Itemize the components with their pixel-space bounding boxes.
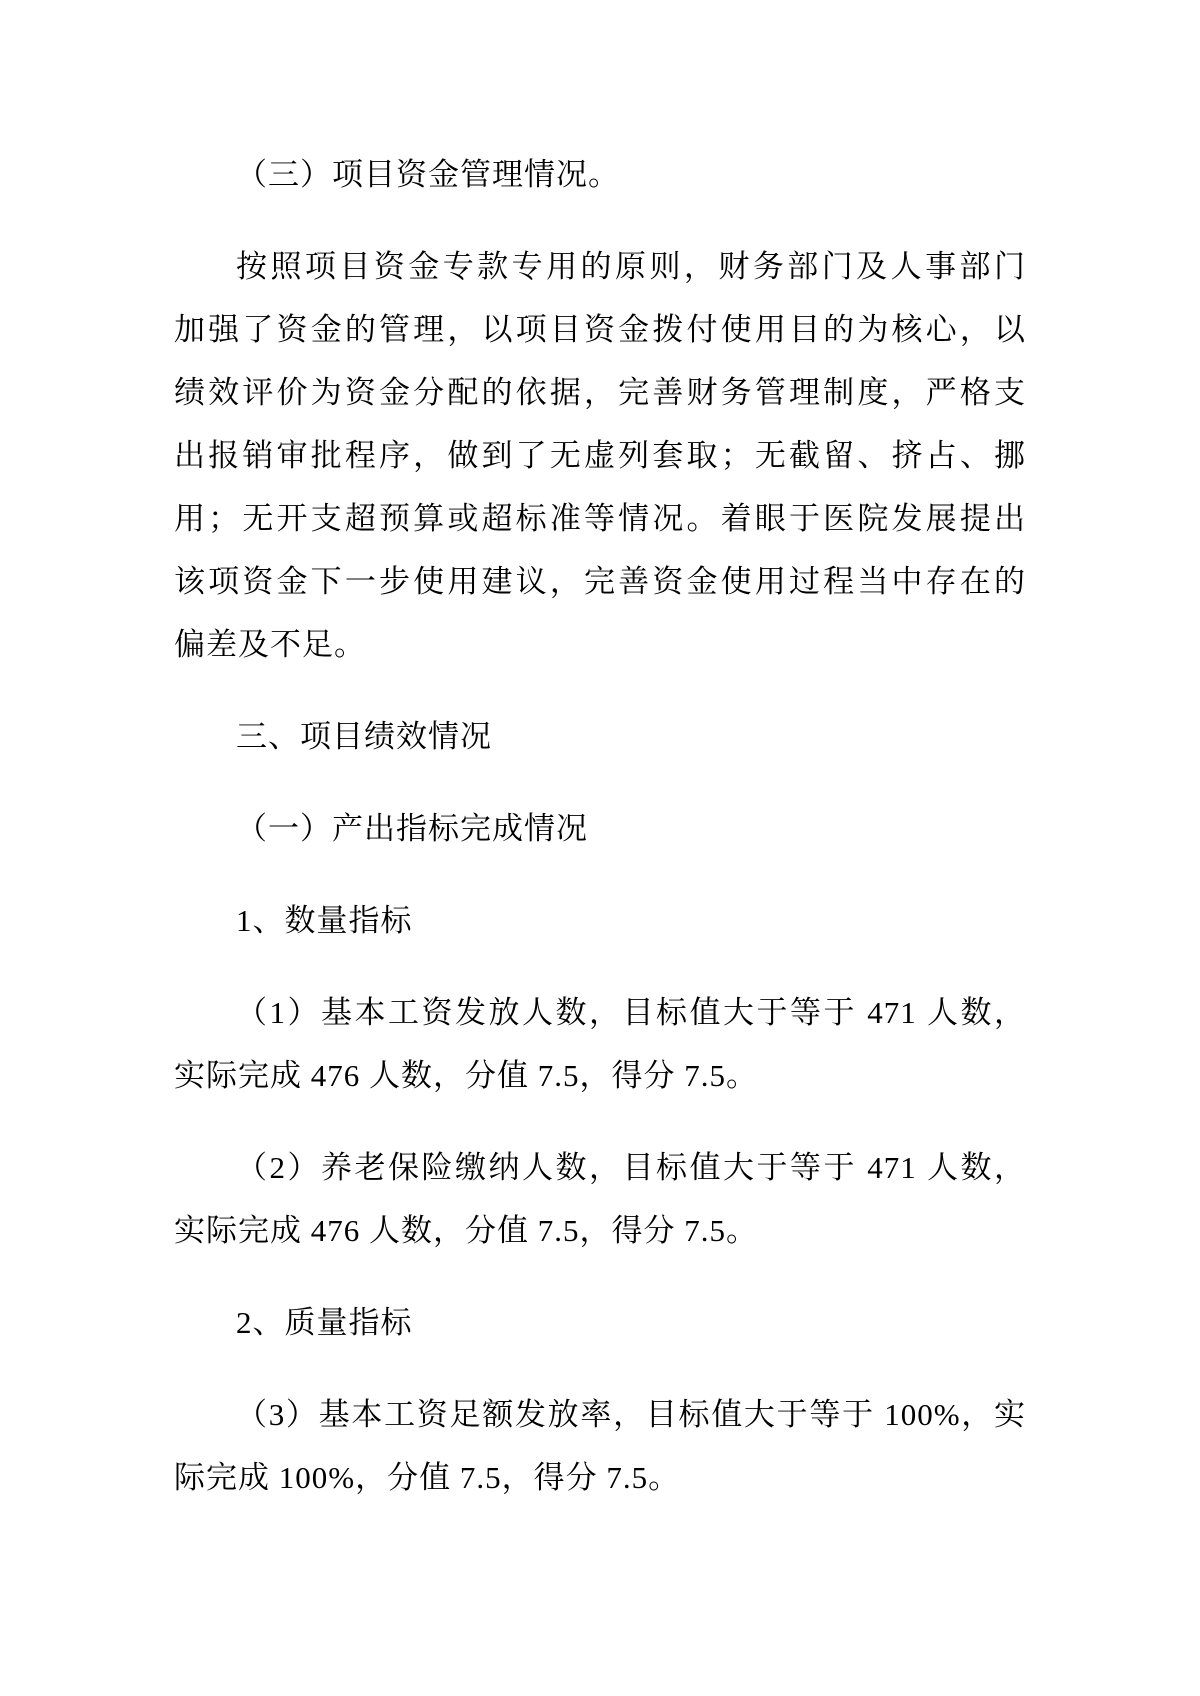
heading-line: 1、数量指标 — [174, 889, 1026, 952]
paragraph-line: 出报销审批程序，做到了无虚列套取；无截留、挤占、挪 — [174, 424, 1026, 487]
paragraph-line: 用；无开支超预算或超标准等情况。着眼于医院发展提出 — [174, 487, 1026, 550]
heading-line: 2、质量指标 — [174, 1291, 1026, 1354]
subsection-heading-output-indicators: （一）产出指标完成情况 — [174, 797, 1026, 860]
paragraph-line: 加强了资金的管理，以项目资金拨付使用目的为核心，以 — [174, 298, 1026, 361]
document-page: （三）项目资金管理情况。 按照项目资金专款专用的原则，财务部门及人事部门 加强了… — [0, 0, 1200, 1696]
paragraph-indicator-3: （3）基本工资足额发放率，目标值大于等于 100%，实 际完成 100%，分值 … — [174, 1383, 1026, 1509]
paragraph-line: 实际完成 476 人数，分值 7.5，得分 7.5。 — [174, 1044, 1026, 1107]
section-heading-fund-management: （三）项目资金管理情况。 — [174, 143, 1026, 206]
subheading-quantity-indicators: 1、数量指标 — [174, 889, 1026, 952]
paragraph-line: （2）养老保险缴纳人数，目标值大于等于 471 人数， — [174, 1136, 1026, 1199]
section-heading-performance: 三、项目绩效情况 — [174, 705, 1026, 768]
paragraph-line: 该项资金下一步使用建议，完善资金使用过程当中存在的 — [174, 550, 1026, 613]
paragraph-line: 实际完成 476 人数，分值 7.5，得分 7.5。 — [174, 1199, 1026, 1262]
paragraph-indicator-1: （1）基本工资发放人数，目标值大于等于 471 人数， 实际完成 476 人数，… — [174, 981, 1026, 1107]
paragraph-line: 按照项目资金专款专用的原则，财务部门及人事部门 — [174, 235, 1026, 298]
paragraph-line: 偏差及不足。 — [174, 613, 1026, 676]
paragraph-line: （3）基本工资足额发放率，目标值大于等于 100%，实 — [174, 1383, 1026, 1446]
subheading-quality-indicators: 2、质量指标 — [174, 1291, 1026, 1354]
heading-line: 三、项目绩效情况 — [174, 705, 1026, 768]
paragraph-indicator-2: （2）养老保险缴纳人数，目标值大于等于 471 人数， 实际完成 476 人数，… — [174, 1136, 1026, 1262]
paragraph-line: 绩效评价为资金分配的依据，完善财务管理制度，严格支 — [174, 361, 1026, 424]
paragraph-fund-management: 按照项目资金专款专用的原则，财务部门及人事部门 加强了资金的管理，以项目资金拨付… — [174, 235, 1026, 676]
paragraph-line: （1）基本工资发放人数，目标值大于等于 471 人数， — [174, 981, 1026, 1044]
paragraph-line: 际完成 100%，分值 7.5，得分 7.5。 — [174, 1446, 1026, 1509]
heading-line: （三）项目资金管理情况。 — [174, 143, 1026, 206]
heading-line: （一）产出指标完成情况 — [174, 797, 1026, 860]
